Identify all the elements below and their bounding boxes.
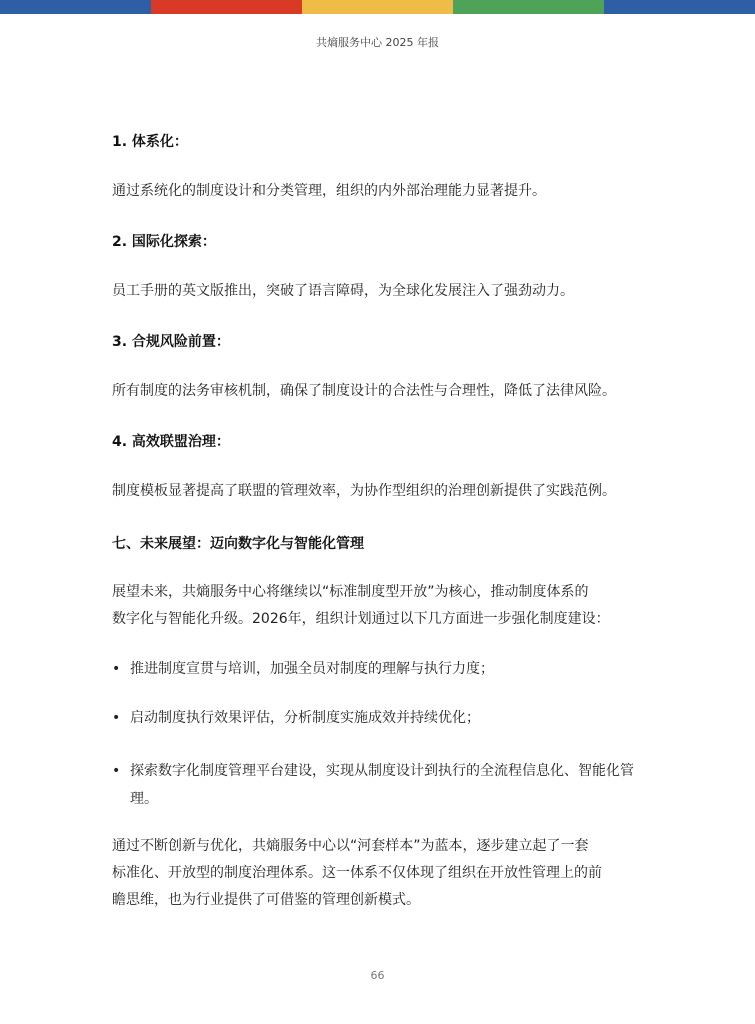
chapter-intro-line-1: 展望未来，共熵服务中心将继续以“标准制度型开放”为核心，推动制度体系的 — [112, 578, 589, 607]
section-text-4: 制度模板显著提高了联盟的管理效率，为协作型组织的治理创新提供了实践范例。 — [112, 477, 616, 506]
section-text-2: 员工手册的英文版推出，突破了语言障碍，为全球化发展注入了强劲动力。 — [112, 277, 574, 306]
closing-line-1: 通过不断创新与优化，共熵服务中心以“河套样本”为蓝本，逐步建立起了一套 — [112, 832, 589, 861]
section-heading-2: 2. 国际化探索： — [112, 231, 216, 251]
section-heading-4: 4. 高效联盟治理： — [112, 431, 230, 451]
page-number: 66 — [0, 969, 755, 982]
section-text-1: 通过系统化的制度设计和分类管理，组织的内外部治理能力显著提升。 — [112, 177, 546, 206]
section-text-3: 所有制度的法务审核机制，确保了制度设计的合法性与合理性，降低了法律风险。 — [112, 377, 616, 406]
bullet-icon: • — [112, 655, 120, 683]
color-bar — [0, 0, 755, 14]
chapter-intro-line-2: 数字化与智能化升级。2026年，组织计划通过以下几方面进一步强化制度建设： — [112, 605, 610, 634]
color-bar-segment-blue — [0, 0, 151, 14]
color-bar-segment-red — [151, 0, 302, 14]
color-bar-segment-blue-2 — [604, 0, 755, 14]
chapter-heading: 七、未来展望：迈向数字化与智能化管理 — [112, 533, 364, 553]
bullet-icon: • — [112, 757, 120, 785]
closing-line-3: 瞻思维，也为行业提供了可借鉴的管理创新模式。 — [112, 886, 420, 915]
section-heading-1: 1. 体系化： — [112, 131, 188, 151]
list-item: • 启动制度执行效果评估，分析制度实施成效并持续优化； — [112, 704, 657, 732]
list-item: • 探索数字化制度管理平台建设，实现从制度设计到执行的全流程信息化、智能化管理。 — [112, 757, 642, 813]
list-item: • 推进制度宣贯与培训，加强全员对制度的理解与执行力度； — [112, 655, 657, 683]
closing-line-2: 标准化、开放型的制度治理体系。这一体系不仅体现了组织在开放性管理上的前 — [112, 859, 602, 888]
section-heading-3: 3. 合规风险前置： — [112, 331, 230, 351]
bullet-icon: • — [112, 704, 120, 732]
page-header-title: 共熵服务中心 2025 年报 — [0, 34, 755, 50]
color-bar-segment-green — [453, 0, 604, 14]
color-bar-segment-yellow — [302, 0, 453, 14]
